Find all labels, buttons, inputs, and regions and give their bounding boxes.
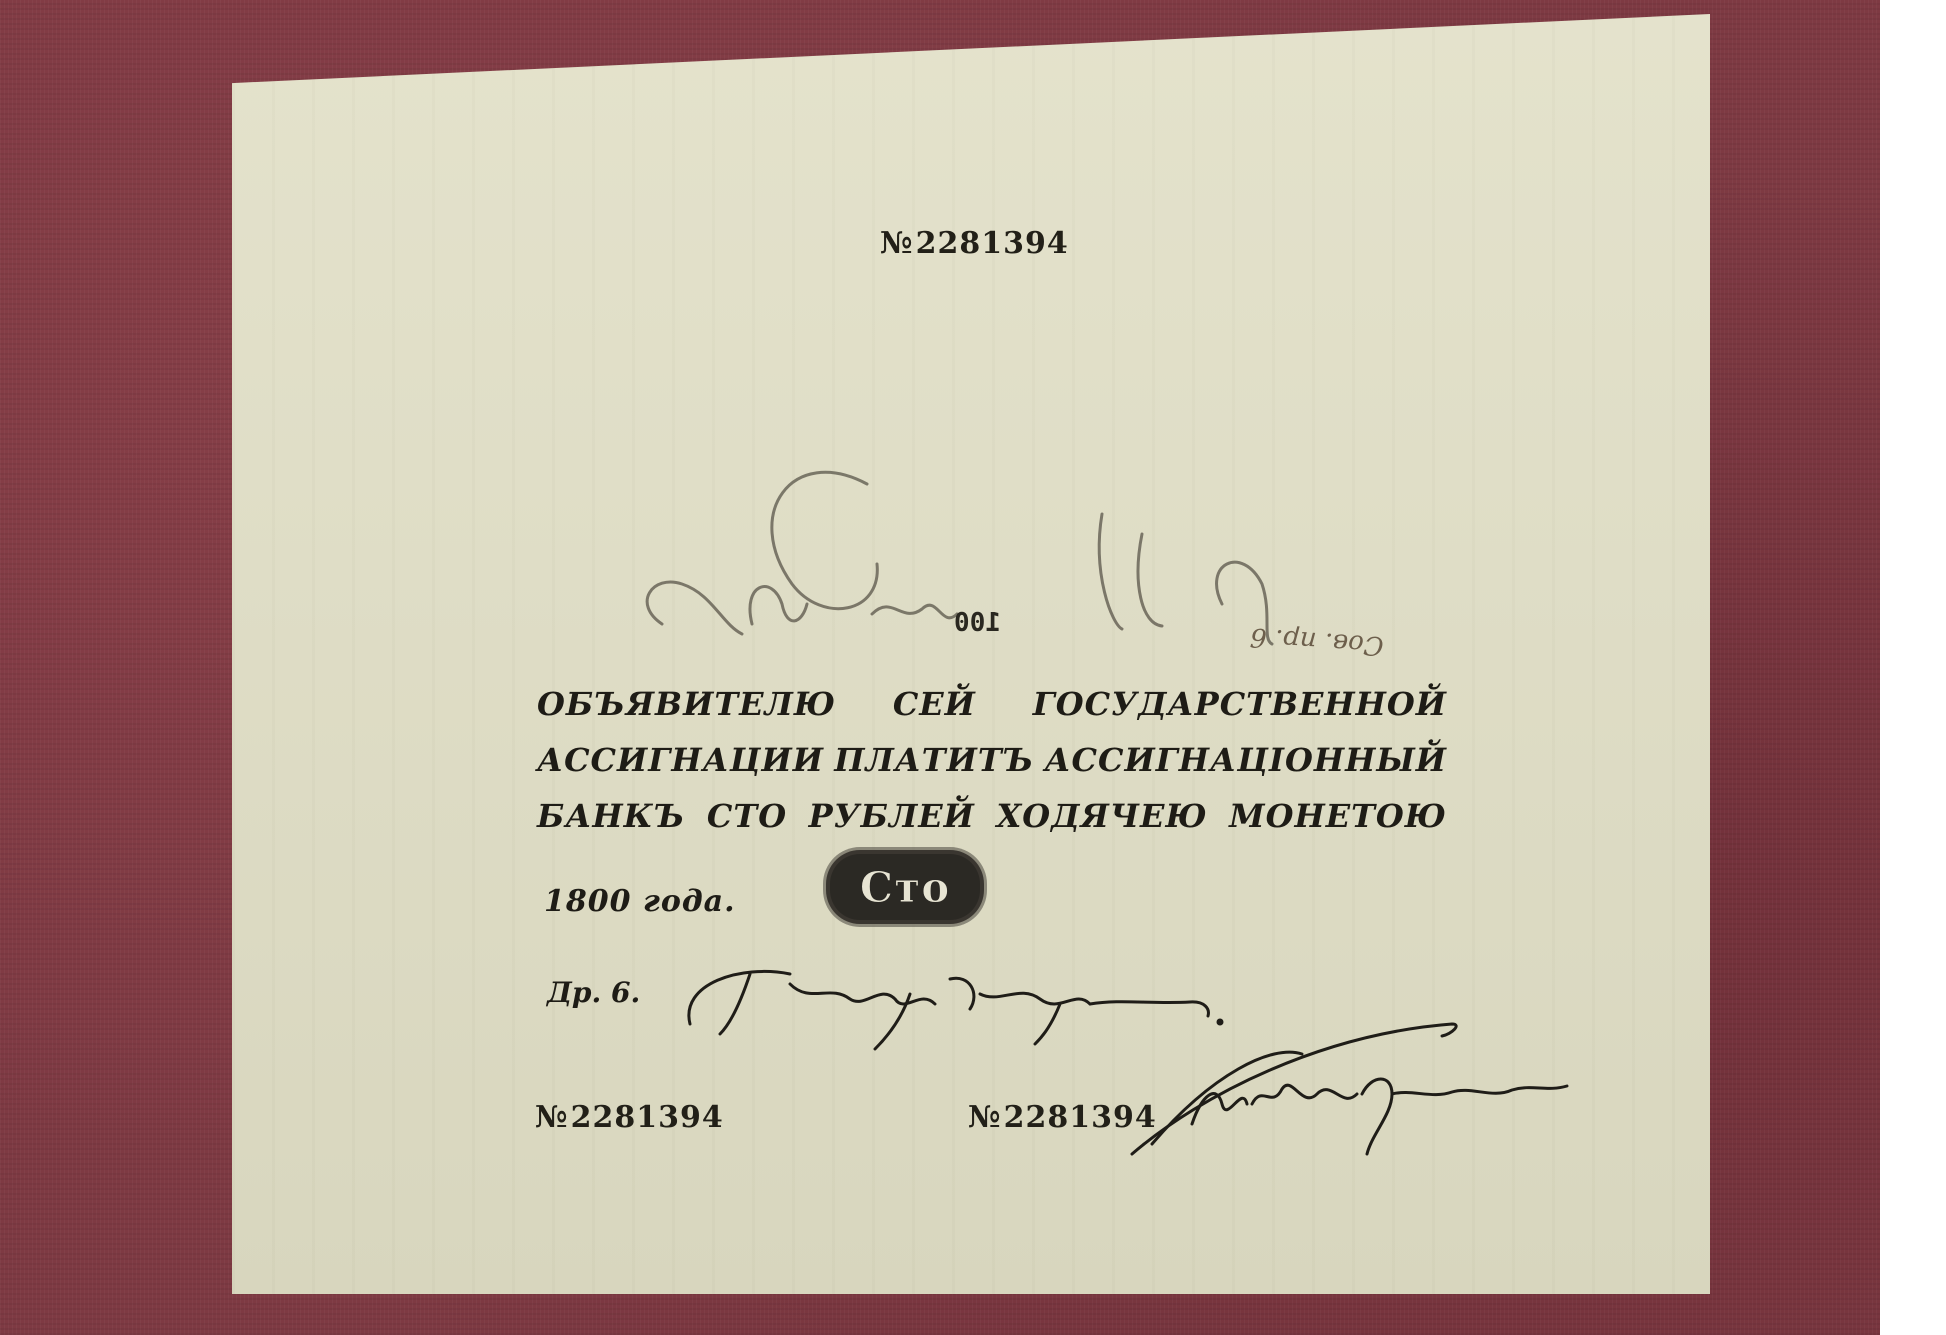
- word: рублей: [809, 797, 975, 835]
- body-line-3: банкъ сто рублей ходячею монетою: [537, 788, 1447, 844]
- cashier-signature: [1122, 1014, 1582, 1174]
- white-edge-strip: [1880, 0, 1946, 1335]
- year-text: 1800 года.: [544, 884, 736, 919]
- denomination-mirrored: 100: [954, 608, 1001, 638]
- serial-number-bottom-right: №2281394: [968, 1100, 1157, 1135]
- serial-value: 2281394: [916, 226, 1069, 261]
- word: монетою: [1229, 797, 1447, 835]
- numero-sign: №: [968, 1100, 1002, 1135]
- word: сто: [707, 797, 787, 835]
- director-label: Др. 6.: [547, 976, 640, 1009]
- word: ассигнацiонный: [1044, 741, 1447, 779]
- serial-value: 2281394: [1004, 1100, 1157, 1135]
- word: банкъ: [537, 797, 685, 835]
- assignation-banknote: №2281394 100 Сов. пр. 6 Объявителю сей г…: [232, 14, 1710, 1294]
- serial-number-bottom-left: №2281394: [535, 1100, 724, 1135]
- word: ходячею: [996, 797, 1207, 835]
- sto-seal-stamp: Сто: [830, 854, 980, 920]
- body-line-1: Объявителю сей государственной: [537, 676, 1447, 732]
- numero-sign: №: [535, 1100, 569, 1135]
- seal-text: Сто: [860, 863, 950, 912]
- director-signature: [680, 944, 1240, 1054]
- word: сей: [893, 685, 976, 723]
- word: Объявителю: [537, 685, 836, 723]
- mirrored-inscription: Сов. пр. 6: [1249, 621, 1384, 660]
- body-line-2: ассигнации платитъ ассигнацiонный: [537, 732, 1447, 788]
- word: ассигнации: [537, 741, 824, 779]
- numero-sign: №: [880, 226, 914, 261]
- banknote-body-text: Объявителю сей государственной ассигнаци…: [537, 676, 1447, 844]
- serial-value: 2281394: [571, 1100, 724, 1135]
- word: государственной: [1033, 685, 1447, 723]
- serial-number-top: №2281394: [880, 226, 1069, 261]
- word: платитъ: [834, 741, 1034, 779]
